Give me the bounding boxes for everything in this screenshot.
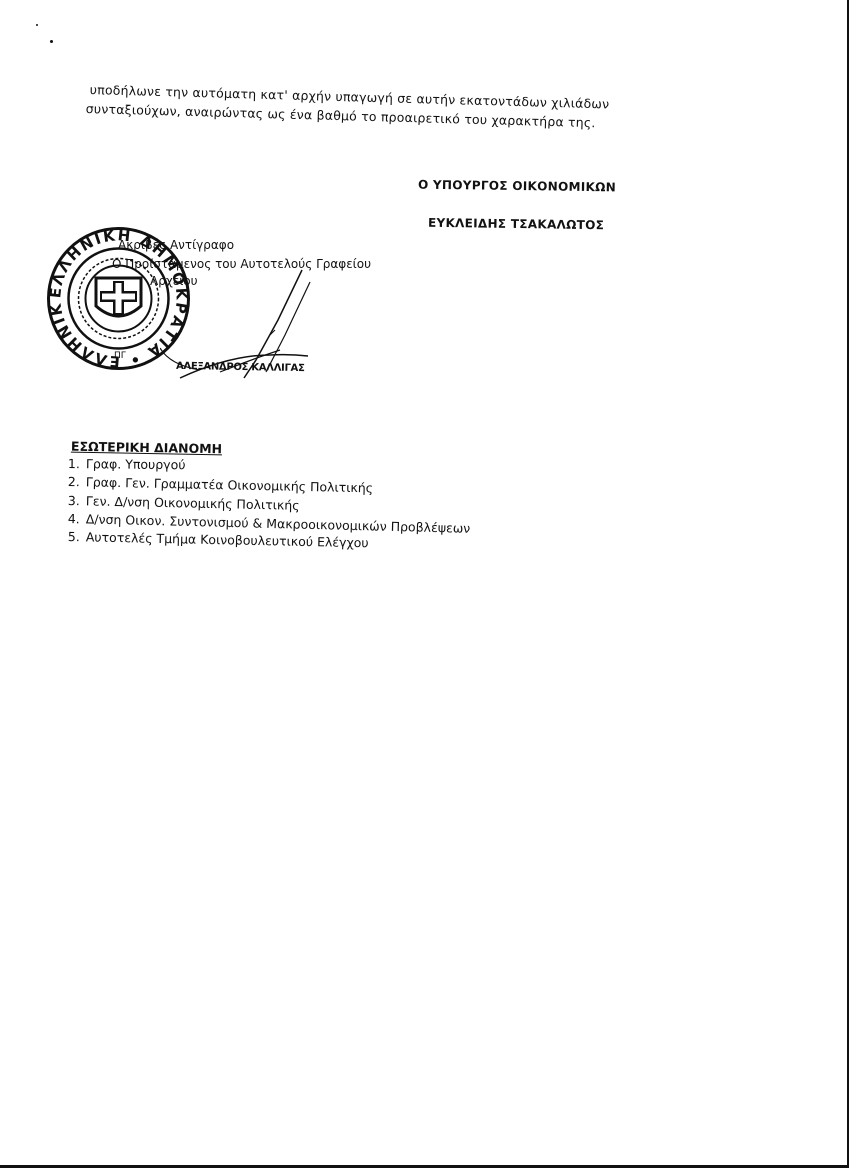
signatory-title: Ο ΥΠΟΥΡΓΟΣ ΟΙΚΟΝΟΜΙΚΩΝ	[418, 178, 616, 195]
scan-speck	[36, 24, 38, 26]
scan-border-bottom	[0, 1165, 849, 1168]
certification-line-1: Ακριβές Αντίγραφο	[118, 238, 234, 252]
signatory-name: ΕΥΚΛΕΙΔΗΣ ΤΣΑΚΑΛΩΤΟΣ	[428, 216, 604, 232]
scan-border-right	[847, 0, 849, 1168]
distribution-heading: ΕΣΩΤΕΡΙΚΗ ΔΙΑΝΟΜΗ	[71, 439, 222, 457]
scan-speck	[50, 40, 53, 43]
distribution-list: 1.Γραφ. Υπουργού 2.Γραφ. Γεν. Γραμματέα …	[68, 456, 471, 547]
svg-text:ΠΓ: ΠΓ	[114, 351, 126, 361]
certification-signer: ΑΛΕΞΑΝΔΡΟΣ ΚΑΛΛΙΓΑΣ	[176, 361, 305, 374]
